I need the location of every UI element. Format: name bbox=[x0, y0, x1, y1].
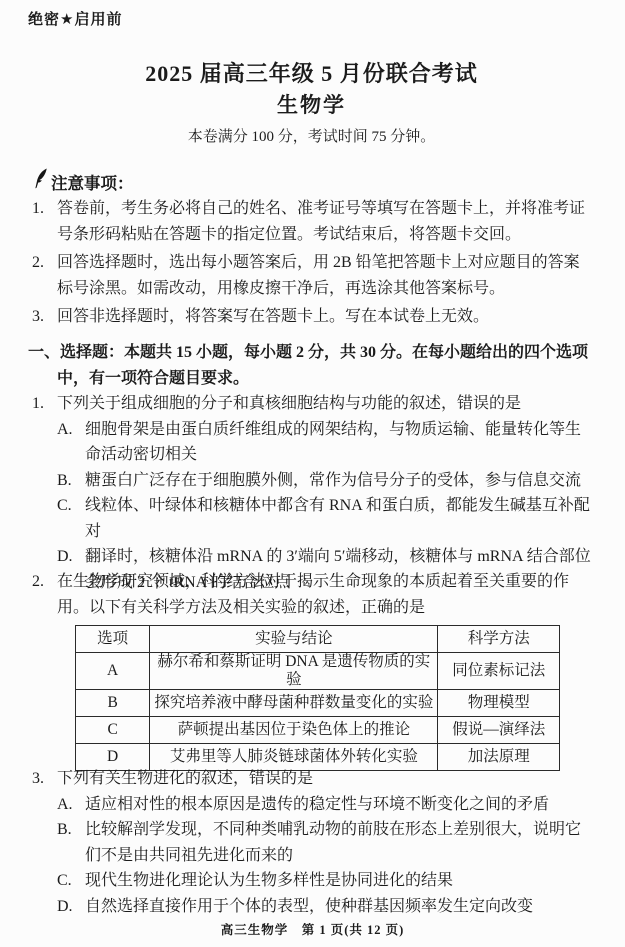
question-stem: 下列有关生物进化的叙述，错误的是 bbox=[57, 766, 595, 792]
option-label: A. bbox=[57, 417, 85, 468]
option-label: C. bbox=[57, 493, 85, 544]
option-row: A. 细胞骨架是由蛋白质纤维组成的网架结构，与物质运输、能量转化等生命活动密切相… bbox=[28, 417, 595, 468]
table-cell-experiment: 探究培养液中酵母菌种群数量变化的实验 bbox=[150, 690, 438, 717]
question-stem-row: 2. 在生物学研究领域，科学方法对于揭示生命现象的本质起着至关重要的作用。以下有… bbox=[28, 569, 595, 620]
option-row: D. 自然选择直接作用于个体的表型，使种群基因频率发生定向改变 bbox=[28, 894, 595, 920]
question-stem-row: 1. 下列关于组成细胞的分子和真核细胞结构与功能的叙述，错误的是 bbox=[28, 391, 595, 417]
notice-item-text: 答卷前，考生务必将自己的姓名、准考证号等填写在答题卡上，并将准考证号条形码粘贴在… bbox=[57, 196, 595, 247]
option-label: D. bbox=[57, 894, 85, 920]
table-header-option: 选项 bbox=[76, 626, 150, 653]
notice-list: 1. 答卷前，考生务必将自己的姓名、准考证号等填写在答题卡上，并将准考证号条形码… bbox=[28, 196, 595, 333]
question-number: 1. bbox=[28, 391, 57, 417]
science-methods-table: 选项 实验与结论 科学方法 A 赫尔希和蔡斯证明 DNA 是遗传物质的实验 同位… bbox=[75, 625, 560, 771]
notice-item-number: 1. bbox=[28, 196, 57, 247]
table-row: C 萨顿提出基因位于染色体上的推论 假说—演绎法 bbox=[76, 717, 560, 744]
notice-heading-label: 注意事项： bbox=[51, 170, 134, 194]
notice-heading: 注意事项： bbox=[34, 170, 595, 194]
table-cell-option: A bbox=[76, 653, 150, 690]
table-header-experiment: 实验与结论 bbox=[150, 626, 438, 653]
option-text: 适应相对性的根本原因是遗传的稳定性与环境不断变化之间的矛盾 bbox=[85, 792, 595, 818]
table-header-method: 科学方法 bbox=[438, 626, 560, 653]
option-label: A. bbox=[57, 792, 85, 818]
page-footer: 高三生物学 第 1 页(共 12 页) bbox=[0, 920, 625, 938]
question-number: 2. bbox=[28, 569, 57, 620]
exam-info-line: 本卷满分 100 分，考试时间 75 分钟。 bbox=[28, 125, 595, 146]
option-row: C. 线粒体、叶绿体和核糖体中都含有 RNA 和蛋白质，都能发生碱基互补配对 bbox=[28, 493, 595, 544]
option-label: B. bbox=[57, 817, 85, 868]
option-text: 细胞骨架是由蛋白质纤维组成的网架结构，与物质运输、能量转化等生命活动密切相关 bbox=[85, 417, 595, 468]
exam-title: 2025 届高三年级 5 月份联合考试 bbox=[28, 57, 595, 88]
table-cell-method: 物理模型 bbox=[438, 690, 560, 717]
table-cell-option: C bbox=[76, 717, 150, 744]
notice-item-text: 回答非选择题时，将答案写在答题卡上。写在本试卷上无效。 bbox=[57, 304, 595, 330]
table-cell-option: B bbox=[76, 690, 150, 717]
option-label: B. bbox=[57, 468, 85, 494]
question-stem: 在生物学研究领域，科学方法对于揭示生命现象的本质起着至关重要的作用。以下有关科学… bbox=[57, 569, 595, 620]
table-cell-experiment: 赫尔希和蔡斯证明 DNA 是遗传物质的实验 bbox=[150, 653, 438, 690]
section-heading: 一、选择题：本题共 15 小题，每小题 2 分，共 30 分。在每小题给出的四个… bbox=[28, 340, 595, 391]
table-cell-method: 假说—演绎法 bbox=[438, 717, 560, 744]
notice-item: 2. 回答选择题时，选出每小题答案后，用 2B 铅笔把答题卡上对应题目的答案标号… bbox=[28, 250, 595, 301]
question-number: 3. bbox=[28, 766, 57, 792]
table-row: B 探究培养液中酵母菌种群数量变化的实验 物理模型 bbox=[76, 690, 560, 717]
exam-subject: 生物学 bbox=[28, 89, 595, 119]
table-header-row: 选项 实验与结论 科学方法 bbox=[76, 626, 560, 653]
exam-page: 绝密★启用前 2025 届高三年级 5 月份联合考试 生物学 本卷满分 100 … bbox=[0, 0, 625, 947]
option-row: B. 糖蛋白广泛存在于细胞膜外侧，常作为信号分子的受体，参与信息交流 bbox=[28, 468, 595, 494]
option-text: 自然选择直接作用于个体的表型，使种群基因频率发生定向改变 bbox=[85, 894, 595, 920]
quill-pen-icon bbox=[34, 167, 49, 191]
option-label: C. bbox=[57, 868, 85, 894]
option-text: 糖蛋白广泛存在于细胞膜外侧，常作为信号分子的受体，参与信息交流 bbox=[85, 468, 595, 494]
table-cell-method: 同位素标记法 bbox=[438, 653, 560, 690]
question-stem-row: 3. 下列有关生物进化的叙述，错误的是 bbox=[28, 766, 595, 792]
question-2: 2. 在生物学研究领域，科学方法对于揭示生命现象的本质起着至关重要的作用。以下有… bbox=[28, 569, 595, 771]
option-row: B. 比较解剖学发现，不同种类哺乳动物的前肢在形态上差别很大，说明它们不是由共同… bbox=[28, 817, 595, 868]
option-text: 比较解剖学发现，不同种类哺乳动物的前肢在形态上差别很大，说明它们不是由共同祖先进… bbox=[85, 817, 595, 868]
notice-item-number: 2. bbox=[28, 250, 57, 301]
notice-item-text: 回答选择题时，选出每小题答案后，用 2B 铅笔把答题卡上对应题目的答案标号涂黑。… bbox=[57, 250, 595, 301]
table-row: A 赫尔希和蔡斯证明 DNA 是遗传物质的实验 同位素标记法 bbox=[76, 653, 560, 690]
classification-banner: 绝密★启用前 bbox=[28, 8, 595, 29]
option-text: 线粒体、叶绿体和核糖体中都含有 RNA 和蛋白质，都能发生碱基互补配对 bbox=[85, 493, 595, 544]
question-3: 3. 下列有关生物进化的叙述，错误的是 A. 适应相对性的根本原因是遗传的稳定性… bbox=[28, 766, 595, 919]
question-1: 1. 下列关于组成细胞的分子和真核细胞结构与功能的叙述，错误的是 A. 细胞骨架… bbox=[28, 391, 595, 595]
notice-item: 1. 答卷前，考生务必将自己的姓名、准考证号等填写在答题卡上，并将准考证号条形码… bbox=[28, 196, 595, 247]
option-row: A. 适应相对性的根本原因是遗传的稳定性与环境不断变化之间的矛盾 bbox=[28, 792, 595, 818]
option-row: C. 现代生物进化理论认为生物多样性是协同进化的结果 bbox=[28, 868, 595, 894]
question-stem: 下列关于组成细胞的分子和真核细胞结构与功能的叙述，错误的是 bbox=[57, 391, 595, 417]
option-text: 现代生物进化理论认为生物多样性是协同进化的结果 bbox=[85, 868, 595, 894]
table-cell-experiment: 萨顿提出基因位于染色体上的推论 bbox=[150, 717, 438, 744]
notice-item-number: 3. bbox=[28, 304, 57, 330]
notice-item: 3. 回答非选择题时，将答案写在答题卡上。写在本试卷上无效。 bbox=[28, 304, 595, 330]
